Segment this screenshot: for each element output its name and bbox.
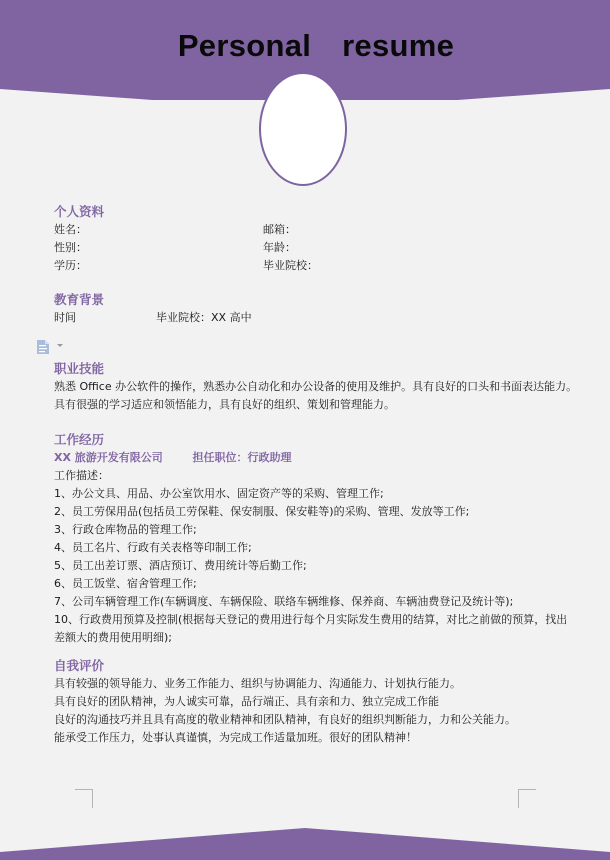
company-row: XX 旅游开发有限公司 担任职位：行政助理 bbox=[54, 449, 567, 467]
info-row: 姓名： 邮箱： bbox=[54, 221, 318, 239]
info-row: 学历： 毕业院校： bbox=[54, 257, 318, 275]
degree-label: 学历： bbox=[54, 257, 263, 275]
school-value: 毕业院校：XX 高中 bbox=[156, 309, 252, 327]
photo-placeholder[interactable] bbox=[259, 72, 347, 186]
skills-line: 具有很强的学习适应和领悟能力，具有良好的组织、策划和管理能力。 bbox=[54, 396, 577, 414]
skills-section: 职业技能 熟悉 Office 办公软件的操作，熟悉办公自动化和办公设备的使用及维… bbox=[54, 360, 577, 414]
margin-corner-mark bbox=[75, 789, 93, 808]
gender-label: 性别： bbox=[54, 239, 263, 257]
eval-line: 具有良好的团队精神，为人诚实可靠，品行端正、具有亲和力、独立完成工作能 bbox=[54, 693, 516, 711]
education-section: 教育背景 时间 毕业院校：XX 高中 bbox=[54, 291, 252, 327]
eval-line: 具有较强的领导能力、业务工作能力、组织与协调能力、沟通能力、计划执行能力。 bbox=[54, 675, 516, 693]
duty-item: 6、员工饭堂、宿舍管理工作; bbox=[54, 575, 567, 593]
footer-band bbox=[0, 820, 610, 860]
duty-item: 3、行政仓库物品的管理工作; bbox=[54, 521, 567, 539]
section-title: 教育背景 bbox=[54, 291, 252, 309]
eval-line: 良好的沟通技巧并且具有高度的敬业精神和团队精神，有良好的组织判断能力，力和公关能… bbox=[54, 711, 516, 729]
time-label: 时间 bbox=[54, 309, 156, 327]
margin-corner-mark bbox=[518, 789, 536, 808]
education-row: 时间 毕业院校：XX 高中 bbox=[54, 309, 252, 327]
duty-item: 4、员工名片、行政有关表格等印制工作; bbox=[54, 539, 567, 557]
section-title: 工作经历 bbox=[54, 431, 567, 449]
eval-line: 能承受工作压力，处事认真谨慎，为完成工作适量加班。很好的团队精神！ bbox=[54, 729, 516, 747]
company-name: XX 旅游开发有限公司 bbox=[54, 451, 163, 464]
duty-item: 10、行政费用预算及控制(根据每天登记的费用进行每个月实际发生费用的结算，对比之… bbox=[54, 611, 567, 629]
graduate-school-label: 毕业院校： bbox=[263, 257, 318, 275]
email-label: 邮箱： bbox=[263, 221, 296, 239]
duty-item: 2、员工劳保用品(包括员工劳保鞋、保安制服、保安鞋等)的采购、管理、发放等工作; bbox=[54, 503, 567, 521]
section-title: 职业技能 bbox=[54, 360, 577, 378]
duty-item: 差额大的费用使用明细); bbox=[54, 629, 567, 647]
position: 担任职位：行政助理 bbox=[192, 451, 291, 464]
section-title: 个人资料 bbox=[54, 203, 318, 221]
skills-line: 熟悉 Office 办公软件的操作，熟悉办公自动化和办公设备的使用及维护。具有良… bbox=[54, 378, 577, 396]
info-row: 性别： 年龄： bbox=[54, 239, 318, 257]
name-label: 姓名： bbox=[54, 221, 263, 239]
paste-options-icon[interactable] bbox=[37, 340, 49, 354]
chevron-down-icon[interactable] bbox=[57, 344, 63, 347]
duty-item: 7、公司车辆管理工作(车辆调度、车辆保险、联络车辆维修、保养商、车辆油费登记及统… bbox=[54, 593, 567, 611]
age-label: 年龄： bbox=[263, 239, 296, 257]
personal-info-section: 个人资料 姓名： 邮箱： 性别： 年龄： 学历： 毕业院校： bbox=[54, 203, 318, 275]
section-title: 自我评价 bbox=[54, 657, 516, 675]
self-evaluation-section: 自我评价 具有较强的领导能力、业务工作能力、组织与协调能力、沟通能力、计划执行能… bbox=[54, 657, 516, 747]
duty-item: 1、办公文具、用品、办公室饮用水、固定资产等的采购、管理工作; bbox=[54, 485, 567, 503]
page-title: Personal resume bbox=[0, 28, 610, 64]
experience-section: 工作经历 XX 旅游开发有限公司 担任职位：行政助理 工作描述： 1、办公文具、… bbox=[54, 431, 567, 647]
duty-item: 5、员工出差订票、酒店预订、费用统计等后勤工作; bbox=[54, 557, 567, 575]
desc-label: 工作描述： bbox=[54, 467, 567, 485]
